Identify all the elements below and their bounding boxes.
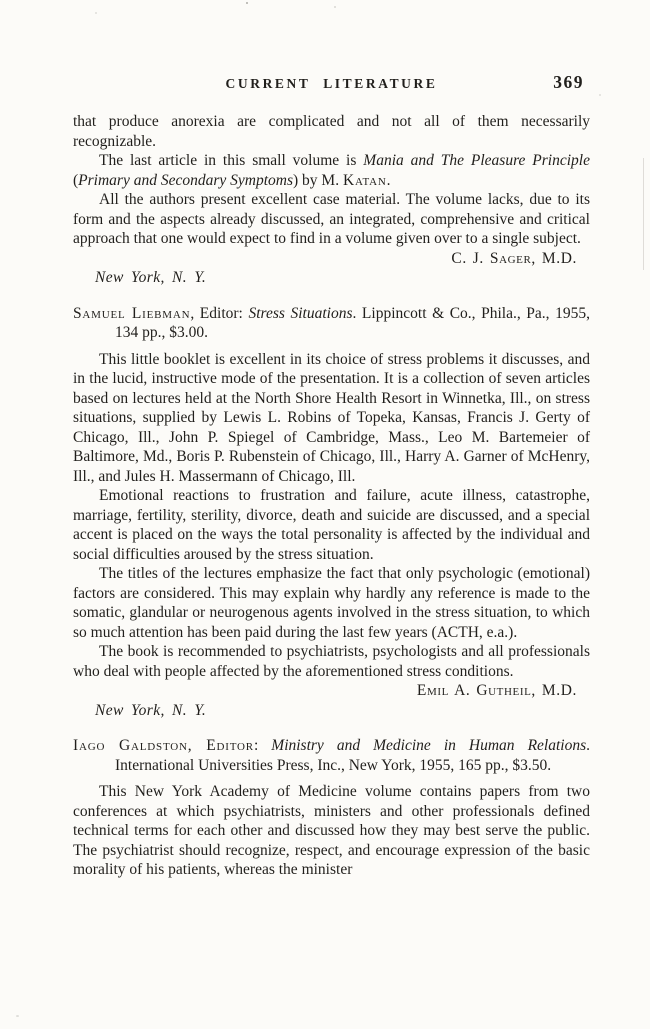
paragraph: that produce anorexia are complicated an… xyxy=(73,112,590,151)
page-body: that produce anorexia are complicated an… xyxy=(73,112,590,880)
paragraph: Emotional reactions to frustration and f… xyxy=(73,486,590,564)
reviewer-signature: Emil A. Gutheil, M.D. xyxy=(73,681,590,701)
scan-speck xyxy=(334,6,336,8)
page-content: CURRENT LITERATURE 369 that produce anor… xyxy=(73,76,590,880)
reviewer-name: Emil A. Gutheil, M.D. xyxy=(417,682,577,699)
paragraph: The last article in this small volume is… xyxy=(73,151,590,190)
scan-speck xyxy=(599,94,601,96)
scan-speck xyxy=(95,12,97,14)
text-run: . xyxy=(387,172,391,189)
book-title: Mania and The Pleasure Prin­ciple xyxy=(363,152,590,169)
text-run: : xyxy=(254,737,271,754)
book-review-heading: Iago Galdston, Editor: Ministry and Medi… xyxy=(73,736,590,775)
paragraph: The book is recommended to psychiatrists… xyxy=(73,642,590,681)
scan-scratch xyxy=(643,158,644,270)
reviewer-location: New York, N. Y. xyxy=(73,268,590,288)
page-number: 369 xyxy=(553,72,584,93)
running-head-title: CURRENT LITERATURE xyxy=(73,76,590,92)
review-section-liebman: Samuel Liebman, Editor: Stress Situation… xyxy=(73,304,590,721)
review-section-galdston: Iago Galdston, Editor: Ministry and Medi… xyxy=(73,736,590,880)
book-review-heading: Samuel Liebman, Editor: Stress Situation… xyxy=(73,304,590,343)
text-run: The last article in this small volume is xyxy=(99,152,363,169)
reviewer-signature: C. J. Sager, M.D. xyxy=(73,249,590,269)
review-section-katan: that produce anorexia are complicated an… xyxy=(73,112,590,288)
scan-speck xyxy=(16,1015,19,1017)
journal-page: CURRENT LITERATURE 369 that produce anor… xyxy=(0,0,650,1029)
paragraph: This New York Academy of Medicine volume… xyxy=(73,782,590,880)
book-title: Stress Situations xyxy=(248,305,352,322)
book-title: Ministry and Medicine in Human Relations xyxy=(271,737,586,754)
reviewer-name: C. J. Sager, M.D. xyxy=(451,250,577,267)
paragraph: The titles of the lectures emphasize the… xyxy=(73,564,590,642)
text-run: , Editor: xyxy=(190,305,248,322)
editor-name: Iago Galdston, Editor xyxy=(73,737,254,754)
running-head: CURRENT LITERATURE 369 xyxy=(73,76,590,93)
scan-speck xyxy=(246,2,248,4)
editor-name: Samuel Liebman xyxy=(73,305,190,322)
book-subtitle: Primary and Secondary Symptoms xyxy=(78,172,293,189)
paragraph: This little booklet is excellent in its … xyxy=(73,350,590,487)
reviewer-location: New York, N. Y. xyxy=(73,701,590,721)
paragraph: All the authors present excellent case m… xyxy=(73,190,590,249)
text-run: ) by M. xyxy=(293,172,343,189)
author-name: Katan xyxy=(343,172,387,189)
